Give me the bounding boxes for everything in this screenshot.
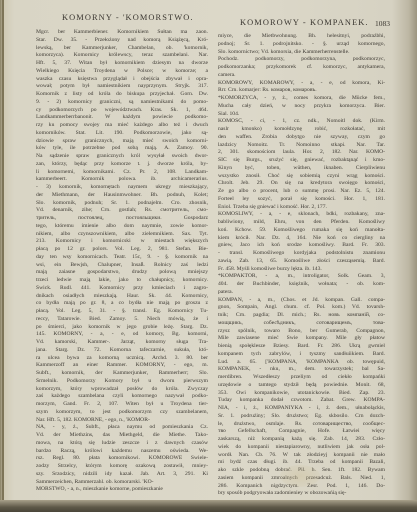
- text-line: le, drużstwo, osmlaje. Rs. сотовариществ…: [218, 421, 385, 429]
- text-line: 9. - 2) komornicy graniczni, są namiestn…: [36, 99, 208, 107]
- text-line: Komornik z listy od króla do biskupa prz…: [36, 91, 208, 99]
- text-line: Nar. Hft. 5, 182. KOMORNE, - ego, n., 'K…: [36, 417, 208, 425]
- running-header-right: KOMOROWY - KOMPANEK.: [240, 18, 369, 30]
- text-line: gniew, Jaco ich koń srodze komośliwy. Ba…: [218, 242, 385, 250]
- book-spine-edge: [2, 0, 4, 505]
- text-line: Mile zawiasene mieć Swie kompany. Mile g…: [218, 335, 385, 343]
- text-line: wsi, ein Bewjsh, Chalupner, Insaß. Rolni…: [36, 262, 208, 270]
- text-line: Eniol. Trzeba się gniewać i komość. Hor.…: [218, 204, 385, 212]
- text-line: Kinyn być, toben, wüthen, iknaben. Cierp…: [218, 165, 385, 173]
- text-line: Fr. 458. Myśli komośliwe burzy lękta. ib…: [218, 266, 385, 274]
- text-line: Na sądzenie spraw granicznych król wysył…: [36, 153, 208, 161]
- text-line: Wielkiego Księcia Troydena w Polsce; w k…: [36, 68, 208, 76]
- text-line: Lud. a. 65. ['KOMPANA, 'KOMPANKA ob. tow…: [218, 359, 385, 367]
- text-line: jana. Starg. Dz. 72. Komorna tafeczarnie…: [36, 347, 208, 355]
- text-line: мощщикъ, собесѣдникъ, сотоварищемъ, това…: [218, 320, 385, 328]
- text-line: 404. der Buchbinder, księżnik, wołnata; …: [218, 281, 385, 289]
- text-line: zodzy Strzelcy, którym komorę ozakową zo…: [36, 463, 208, 471]
- text-line: babliwiony, mild, Ehru, von den Pferden.…: [218, 219, 385, 227]
- text-line: zan, którzy, będąc przy komorze t. j. dw…: [36, 161, 208, 169]
- text-line: KOMPANEK, - nku, m., dem. towarzystek; b…: [218, 366, 385, 374]
- text-line: gnon, Sompain, Angl. chum. cf. Pol. kom.…: [218, 304, 385, 312]
- text-line: zaś każdego szambelana czyli komornego n…: [36, 393, 208, 401]
- text-line: li komornemi, komornikami. Cz. Pr. 2, 10…: [36, 169, 208, 177]
- text-line: ŚIĆ się Burgs., srużyć się, gniewać, roz…: [218, 157, 385, 165]
- text-line: bardzo Raczą, królowi każdemu naszemu oś…: [36, 448, 208, 456]
- text-line: KOMOŚĆ, - ci, - 1, cz. ndk., Nomoitl dok…: [218, 118, 385, 126]
- text-line: morzym, Gand. Fr. 2, 107. Witen był u Tr…: [36, 401, 208, 409]
- text-line: 2, 301. skomościom laula. Hor. 2, 182. N…: [218, 149, 385, 157]
- text-line: Vd. der Miethzins, das Miethgeld, die Mi…: [36, 432, 208, 440]
- text-line: Mgcr. ber Kammerbiener. Komornikiem Sułt…: [36, 29, 208, 37]
- text-line: - 3) komornik, komornętach naymem ukregy…: [36, 184, 208, 192]
- text-line: trzeci ledwie mają lakie, jako to chałup…: [36, 277, 208, 285]
- text-line: po śmierci, jako komornik w jego grobie …: [36, 324, 208, 332]
- text-line: zaskarszą, niż kompanią każą się. Zab. 1…: [218, 436, 385, 444]
- text-line: тритель, постоялец, постояльщики. Gospod…: [36, 215, 208, 223]
- text-line: bry sposób podgryowała zadomieniey w obo…: [218, 490, 385, 498]
- text-line: ra ulcea bywa za komorną ucznicą. Archd.…: [36, 355, 208, 363]
- text-line: *KOMORZYCA, - y, ż., comes komora, die M…: [218, 95, 385, 103]
- text-line: mają zaiasne gospodarstwo, drudzy polową…: [36, 269, 208, 277]
- text-line: podkomorzanka; przykomorek cf. komorzyc,…: [218, 64, 385, 72]
- text-line: Pochodz. podkomorzy, podkomorzyna, podko…: [218, 56, 385, 64]
- text-line: reccy, Tatarowie. Bied. Zamoy. 5. Niech …: [36, 316, 208, 324]
- text-line: day ten wsy komornicach. Teatr. 15c, 9. …: [36, 254, 208, 262]
- text-line: wszystko znosił. Choć się sobiemią czyni…: [218, 173, 385, 181]
- text-line: nikiem, albo czynszownikiem, albo zielem…: [36, 231, 208, 239]
- text-line: tnik; Crn. pagdia; Dl. mich.; Rs. новъ к…: [218, 312, 385, 320]
- text-line: KOMPAN, - a, m., (Chos. et Jd. kompan. G…: [218, 297, 385, 305]
- text-line: kiem krócił. Nar. Dz. 4, 164. Nie koń co…: [218, 235, 385, 243]
- text-line: NA, - y, ż., Subft., płaca naymu od pomi…: [36, 424, 208, 432]
- text-line: - transl. Komośliwego kordyjaka podstoln…: [218, 250, 385, 258]
- text-line: cy podkomorzych po województwach. Kras. …: [36, 107, 208, 115]
- text-line: komorników. Stat. Lit. 190. Podkomorzowi…: [36, 130, 208, 138]
- text-line: Landkammerberrbanonit. W każdym powiecie…: [36, 114, 208, 122]
- text-line: Chrolt. Jeb. 29. On się na kredytora swo…: [218, 180, 385, 188]
- text-line: MORSTWO, - a, n., mieszkanie komorne, po…: [36, 486, 208, 494]
- text-line: *KOMPAKTOR, - a, m., introligator, Solk.…: [218, 273, 385, 281]
- text-line: Kammerzoff an einer Rammer. KOMORNY, - e…: [36, 362, 208, 370]
- text-line: Forteel ley sozyć, porał się komości. Ho…: [218, 196, 385, 204]
- text-line: der Miethmann, der Hausinmwohner. Bh. po…: [36, 192, 208, 200]
- text-line: miyce, die Mietbwohnung. Bh. helesitnyi,…: [218, 33, 385, 41]
- text-line: wordł. Nan. Cb. 76. W tak złodzieyj komp…: [218, 452, 385, 460]
- text-line: Vd. kamorski, Kammer-. Jarząt, komorny s…: [36, 339, 208, 347]
- text-line: wował; potym był namiestnikiem nayprzyny…: [36, 83, 208, 91]
- text-line: Sammerzeichen, Rammerzahl. ob. komorarsk…: [36, 479, 208, 487]
- text-line: 145. KOMORNY, - a, - e, od komory, Bg. k…: [36, 331, 208, 339]
- text-line: rzy ku pomocy swojey ma mieć każdego alb…: [36, 122, 208, 130]
- text-line: płacą po 12 gr. polors. Vol. Leg. 2, 981…: [36, 246, 208, 254]
- text-line: Vd. denarnik, zihe; Crn. gostlah; Rs. см…: [36, 207, 208, 215]
- text-line: koń. Kchow. 59. Komośliwego rumaka się k…: [218, 227, 385, 235]
- text-line: kompanem tych zabrylów, i tyszmy sandłui…: [218, 351, 385, 359]
- text-line: rzysz spólnik, towaro Bono, ber Gumerab,…: [218, 328, 385, 336]
- text-line: lewską, ber Kammerjunker, Chambelan, ob.…: [36, 45, 208, 53]
- text-line: Tuday kompanka dodał czwotom. Zabat. Gre…: [218, 397, 385, 405]
- text-line: NIA, - i, ż., KOMPANIYKA - i, ż. dem., u…: [218, 405, 385, 413]
- text-line: mowa, na którą się ludzie zeszcze i z da…: [36, 440, 208, 448]
- text-line: Sr. 1. podrużiny; Slo. drużstwo; Eg. skb…: [218, 413, 385, 421]
- text-line: szym komorzym, to jest podkomorzym czy s…: [36, 409, 208, 417]
- right-column: miyce, die Mietbwohnung. Bh. helesitnyi,…: [218, 33, 385, 498]
- text-line: 213. Komornicy i komornicski w miestach …: [36, 238, 208, 246]
- text-line: den waffen. Zrobia dobytgo nie szyway, c…: [218, 134, 385, 142]
- text-line: Rrr. Crn. komarjer: Rs. комаров, комаров…: [218, 87, 385, 95]
- text-line: Slo. komornik, podnuh; Sr. 1. podnajelm.…: [36, 200, 208, 208]
- text-line: Hft. 5, 37. Witan był komornikiem dziesy…: [36, 60, 208, 68]
- text-line: 353. Owi kompanikowie, utotanickowie. Bi…: [218, 390, 385, 398]
- text-line: Slo. komornictwo; Vd. komorsia, die Kamm…: [218, 49, 385, 57]
- text-line: bienią społęklesze Bziesy. Bard. Fr. 286…: [218, 343, 385, 351]
- left-column: Mgcr. ber Kammerbiener. Komornikiem Sułt…: [36, 29, 208, 494]
- text-line: komorzym, który wprowadzał posłów do kró…: [36, 386, 208, 394]
- text-line: Śrmelnik. Podkomorzy Komory był u dworu …: [36, 378, 208, 386]
- text-line: lazdzicy Nomoitz. Tr. Nomoinno stkapi. N…: [218, 142, 385, 150]
- text-line: kammerbeert. Komornik polowa. ib. archic…: [36, 176, 208, 184]
- text-line: co bydła mają po gr. 8, a co bydła nie m…: [36, 300, 208, 308]
- text-line: dziowie spraw granicznych, mają mieć swo…: [36, 138, 208, 146]
- page-bottom-edge: [0, 500, 417, 512]
- text-line: wiek do kompanii niestapiarowny, nutliwi…: [218, 444, 385, 452]
- page-number: 1083: [375, 19, 390, 28]
- text-line: Świck. Rudl. 441. Komornicy przy kmiecia…: [36, 285, 208, 293]
- text-line: tego, któremu imienie albo dom naymnie, …: [36, 223, 208, 231]
- text-line: komorzyca). Komornicy królewscy, teraz s…: [36, 52, 208, 60]
- text-line: podnoj; Sr. 1. podrojnitsko. - §. urząd …: [218, 41, 385, 49]
- paper-stain: [280, 465, 320, 487]
- text-line: Star. Dw. 35. - Przełożony nad komorą Ks…: [36, 37, 208, 45]
- text-line: rsz. Regl. 80. płata komornikowi. KOMORO…: [36, 455, 208, 463]
- text-line: dnikach osiadłych mieszkają. Haur. Sk. 4…: [36, 293, 208, 301]
- text-line: тво Gefellschaft, Compagnie, Hofe. Łatwi…: [218, 428, 385, 436]
- running-header-left: KOMORNY - 'KOMORSTWO.: [62, 13, 194, 25]
- text-line: KOMOŚLIWY, - a, - e, sklonach, bdki, roz…: [218, 211, 385, 219]
- text-line: Mucha cały dzień, w nocy przykra komorzy…: [218, 103, 385, 111]
- text-line: merdibren. Wszedłeszy przeliym od ciekło…: [218, 374, 385, 382]
- text-line: naslr kmonko) komołdzynę robić, rozkołat…: [218, 126, 385, 134]
- text-line: waszka czasu księstwa przyglądał i obejś…: [36, 76, 208, 84]
- text-line: camera.: [218, 72, 385, 80]
- text-line: ków tyle, ile potrzebne pod sobą mają. A…: [36, 145, 208, 153]
- text-line: szy. Srzodzicy, nidzili idy kazał. Jab. …: [36, 471, 208, 479]
- text-line: Sial. 104.: [218, 111, 385, 119]
- text-line: płacą. Vol. Leg. 5, 31. - §. transl. Eg.…: [36, 308, 208, 316]
- text-line: zawią. Zab. 13, 65. Komośliwe złości cze…: [218, 258, 385, 266]
- scanned-page: KOMORNY - 'KOMORSTWO. KOMOROWY - KOMPANE…: [0, 0, 417, 512]
- text-line: Subft., komornik, der Kammerjunker, Ramm…: [36, 370, 208, 378]
- text-line: patera.: [218, 289, 385, 297]
- text-line: Że go albo o procent, lub o summę prosi.…: [218, 188, 385, 196]
- text-line: urzędowie o tamtego stydził będą powiedn…: [218, 382, 385, 390]
- text-line: KOMOROWY, KOMAROWY, - a, - e, od komora,…: [218, 80, 385, 88]
